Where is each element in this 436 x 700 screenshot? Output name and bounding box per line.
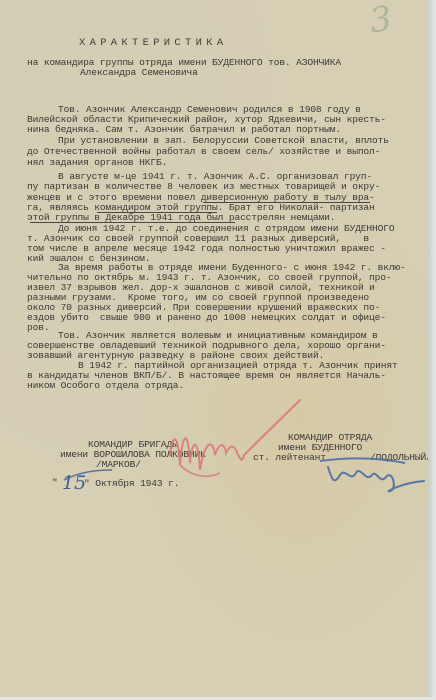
red-signature: [160, 395, 310, 495]
document-subtitle-line2: Александра Семеновича: [80, 68, 198, 78]
underline-mark: [30, 222, 235, 223]
scan-edge-right: [428, 0, 436, 700]
body-line: ров.: [27, 323, 49, 333]
page-number: 3: [367, 0, 394, 41]
underline-mark: [203, 202, 370, 203]
body-line: пу партизан в количестве 8 человек из ме…: [27, 182, 380, 192]
blue-signature: [320, 455, 430, 495]
body-line: нял задания органов НКГБ.: [27, 158, 167, 168]
body-line: ником Особого отдела отряда.: [27, 381, 184, 391]
body-line: нина бедняка. Сам т. Азончик батрачил и …: [27, 125, 341, 135]
body-line: до Отечественной войны работал в своем с…: [27, 147, 380, 157]
underline-mark: [97, 212, 217, 213]
document-title: ХАРАКТЕРИСТИКА: [79, 37, 227, 49]
body-line: ездов убито свыше 900 и ранено до 1000 н…: [27, 313, 386, 323]
date-open-quote: ": [52, 478, 58, 488]
date-month-year: " Октября 1943 г.: [84, 479, 179, 489]
document-page: 3 ХАРАКТЕРИСТИКА на командира группы отр…: [0, 0, 428, 697]
body-line: При установлении в зап. Белоруссии Совет…: [58, 136, 389, 146]
